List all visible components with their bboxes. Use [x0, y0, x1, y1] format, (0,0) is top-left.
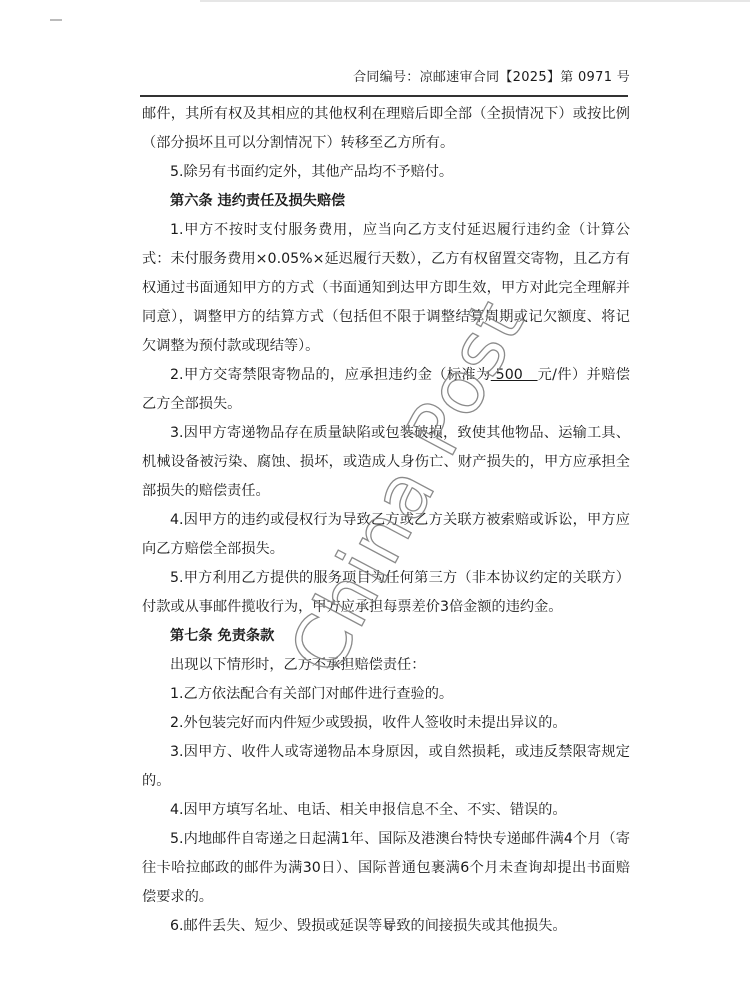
item-2-before: 2.甲方交寄禁限寄物品的，应承担违约金（标准为 [170, 367, 491, 383]
penalty-amount: 500 [491, 367, 538, 383]
article-7-item-5: 5.内地邮件自寄递之日起满1年、国际及港澳台特快专递邮件满4个月（寄往卡哈拉邮政… [142, 825, 630, 912]
article-7-intro: 出现以下情形时，乙方不承担赔偿责任： [142, 651, 630, 680]
scan-speck [50, 19, 62, 21]
article-7-item-1: 1.乙方依法配合有关部门对邮件进行查验的。 [142, 680, 630, 709]
header-divider [140, 95, 628, 97]
page-number: 6 [384, 919, 392, 933]
article-6-heading: 第六条 违约责任及损失赔偿 [142, 187, 630, 216]
article-6-item-1: 1.甲方不按时支付服务费用，应当向乙方支付延迟履行违约金（计算公式：未付服务费用… [142, 216, 630, 361]
clause-5-item: 5.除另有书面约定外，其他产品均不予赔付。 [142, 158, 630, 187]
contract-number: 合同编号：凉邮速审合同【2025】第 0971 号 [353, 66, 630, 85]
article-6-item-5: 5.甲方利用乙方提供的服务项目为任何第三方（非本协议约定的关联方）付款或从事邮件… [142, 564, 630, 622]
article-7-item-2: 2.外包装完好而内件短少或毁损，收件人签收时未提出异议的。 [142, 709, 630, 738]
contract-body: 邮件，其所有权及其相应的其他权利在理赔后即全部（全损情况下）或按比例（部分损坏且… [142, 100, 630, 941]
article-7-item-4: 4.因甲方填写名址、电话、相关申报信息不全、不实、错误的。 [142, 796, 630, 825]
article-7-heading: 第七条 免责条款 [142, 622, 630, 651]
article-7-item-3: 3.因甲方、收件人或寄递物品本身原因，或自然损耗，或违反禁限寄规定的。 [142, 738, 630, 796]
scan-top-edge [200, 0, 750, 2]
paragraph-continuation: 邮件，其所有权及其相应的其他权利在理赔后即全部（全损情况下）或按比例（部分损坏且… [142, 100, 630, 158]
article-6-item-4: 4.因甲方的违约或侵权行为导致乙方或乙方关联方被索赔或诉讼，甲方应向乙方赔偿全部… [142, 506, 630, 564]
article-6-item-2: 2.甲方交寄禁限寄物品的，应承担违约金（标准为 500 元/件）并赔偿乙方全部损… [142, 361, 630, 419]
article-6-item-3: 3.因甲方寄递物品存在质量缺陷或包装破损，致使其他物品、运输工具、机械设备被污染… [142, 419, 630, 506]
